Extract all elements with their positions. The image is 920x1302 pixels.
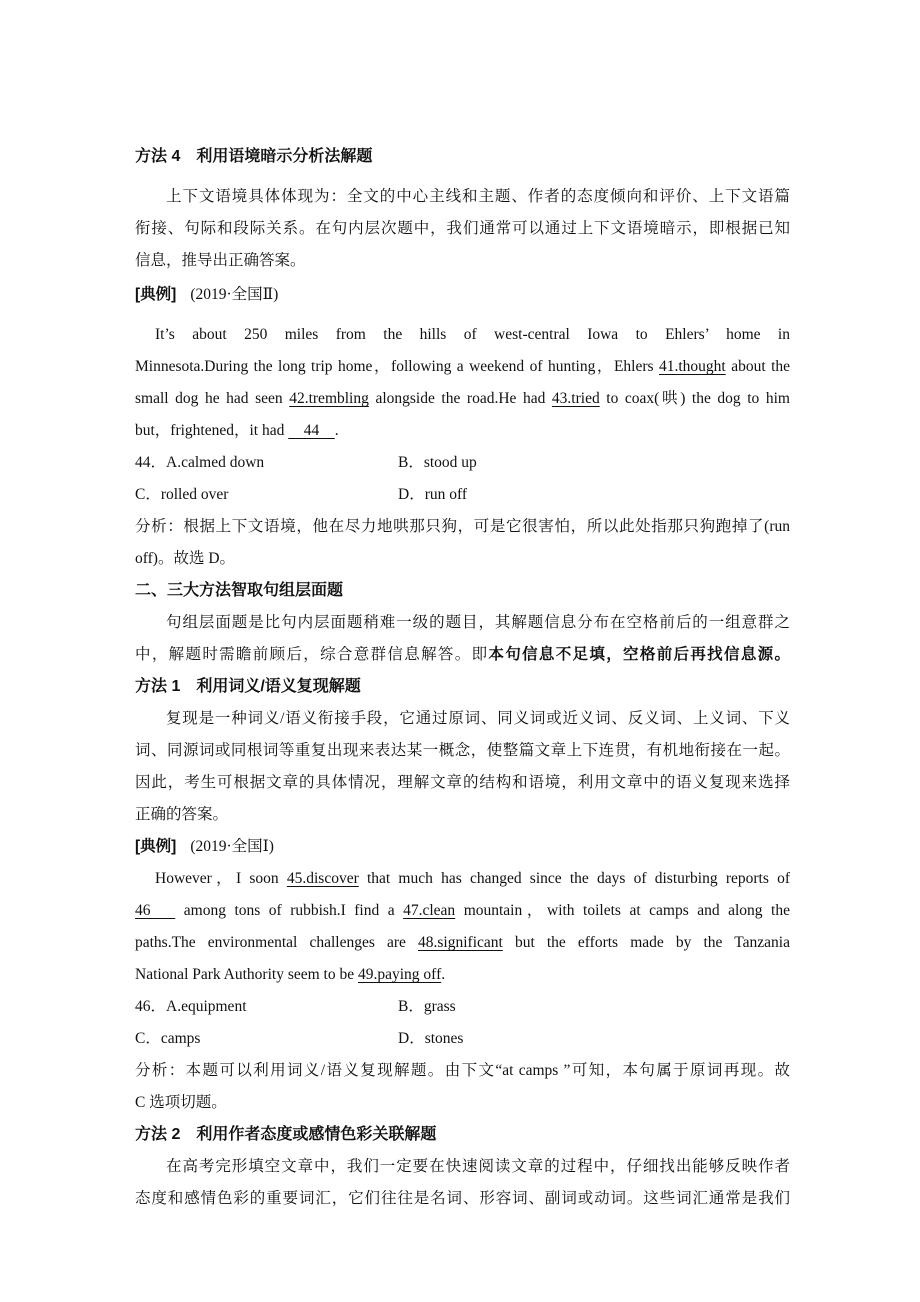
recurrence-paragraph-line: 词、同源词或同根词等重复出现来表达某一概念，使整篇文章上下连贯，有机地衔接在一起…	[135, 735, 790, 767]
text-segment: alongside the road.He had	[369, 390, 552, 407]
text-segment: It’s about 250 miles from the hills of w…	[155, 326, 790, 343]
example-label: [典例]	[135, 838, 176, 855]
text-segment: 中，解题时需瞻前顾后，综合意群信息解答。即	[135, 646, 488, 663]
context-paragraph-line: 信息，推导出正确答案。	[135, 245, 790, 277]
text-segment: to coax(哄) the dog to him	[600, 390, 790, 407]
text-segment: National Park Authority seem to be	[135, 966, 358, 983]
example-source: (2019·全国Ⅰ)	[190, 838, 274, 855]
option-44-d: D．run off	[398, 479, 790, 511]
question-46-options-row: 46．A.equipment B．grass	[135, 991, 790, 1023]
example-line-national-ii: [典例](2019·全国Ⅱ)	[135, 279, 790, 311]
text-segment: Minnesota.During the long trip home，foll…	[135, 358, 659, 375]
context-paragraph-line: 上下文语境具体体现为：全文的中心主线和主题、作者的态度倾向和评价、上下文语篇	[135, 181, 790, 213]
underlined-answer-text: 43.tried	[552, 390, 600, 407]
example-line-national-i: [典例](2019·全国Ⅰ)	[135, 831, 790, 863]
analysis-44-line: off)。故选 D。	[135, 543, 790, 575]
attitude-paragraph-line: 在高考完形填空文章中，我们一定要在快速阅读文章的过程中，仔细找出能够反映作者	[135, 1151, 790, 1183]
text-segment: 句组层面题是比句内层面题稍难一级的题目，其解题信息分布在空格前后的一组意群之	[166, 614, 790, 631]
passage-ii-line: It’s about 250 miles from the hills of w…	[135, 319, 790, 351]
text-segment: among tons of rubbish.I find a	[175, 902, 403, 919]
passage-ii-line: small dog he had seen 42.trembling along…	[135, 383, 790, 415]
option-46-c: C．camps	[135, 1023, 398, 1055]
recurrence-paragraph-line: 因此，考生可根据文章的具体情况，理解文章的结构和语境，利用文章中的语义复现来选择	[135, 767, 790, 799]
text-segment: about the	[726, 358, 790, 375]
underlined-answer-text: 42.trembling	[289, 390, 369, 407]
underlined-answer-text: 41.thought	[659, 358, 726, 375]
underlined-answer-text: 46	[135, 902, 175, 919]
option-44-c: C．rolled over	[135, 479, 398, 511]
option-46-d: D．stones	[398, 1023, 790, 1055]
passage-ii-line: Minnesota.During the long trip home，foll…	[135, 351, 790, 383]
example-label: [典例]	[135, 286, 176, 303]
analysis-46-line: 分析：本题可以利用词义/语义复现解题。由下文“at camps ”可知，本句属于…	[135, 1055, 790, 1087]
context-paragraph-line: 衔接、句际和段际关系。在句内层次题中，我们通常可以通过上下文语境暗示，即根据已知	[135, 213, 790, 245]
question-44-options-row: 44．A.calmed down B．stood up	[135, 447, 790, 479]
text-segment: but，frightened，it had	[135, 422, 288, 439]
recurrence-paragraph-line: 复现是一种词义/语义衔接手段，它通过原词、同义词或近义词、反义词、上义词、下义	[135, 703, 790, 735]
text-segment: paths.The environmental challenges are	[135, 934, 418, 951]
option-44-a: 44．A.calmed down	[135, 447, 398, 479]
text-segment: that much has changed since the days of …	[359, 870, 790, 887]
document-page: 方法 4 利用语境暗示分析法解题 上下文语境具体体现为：全文的中心主线和主题、作…	[0, 0, 920, 1302]
analysis-44-line: 分析：根据上下文语境，他在尽力地哄那只狗，可是它很害怕，所以此处指那只狗跑掉了(…	[135, 511, 790, 543]
group-paragraph-line: 句组层面题是比句内层面题稍难一级的题目，其解题信息分布在空格前后的一组意群之	[135, 607, 790, 639]
passage-ii-line: but，frightened，it had 44 .	[135, 415, 790, 447]
text-segment: .	[441, 966, 445, 983]
passage-i-line: paths.The environmental challenges are 4…	[135, 927, 790, 959]
heading-method-2: 方法 2 利用作者态度或感情色彩关联解题	[135, 1119, 790, 1151]
group-paragraph-line: 中，解题时需瞻前顾后，综合意群信息解答。即本句信息不足填，空格前后再找信息源。	[135, 639, 790, 671]
option-46-a: 46．A.equipment	[135, 991, 398, 1023]
heading-method-4: 方法 4 利用语境暗示分析法解题	[135, 141, 790, 173]
text-segment: but the efforts made by the Tanzania	[503, 934, 790, 951]
text-segment: However，I soon	[155, 870, 287, 887]
analysis-46-line: C 选项切题。	[135, 1087, 790, 1119]
attitude-paragraph-line: 态度和感情色彩的重要词汇，它们往往是名词、形容词、副词或动词。这些词汇通常是我们	[135, 1183, 790, 1215]
document-content: 方法 4 利用语境暗示分析法解题 上下文语境具体体现为：全文的中心主线和主题、作…	[135, 141, 790, 1215]
heading-method-1: 方法 1 利用词义/语义复现解题	[135, 671, 790, 703]
option-44-b: B．stood up	[398, 447, 790, 479]
passage-i-line: National Park Authority seem to be 49.pa…	[135, 959, 790, 991]
question-46-options-row: C．camps D．stones	[135, 1023, 790, 1055]
recurrence-paragraph-line: 正确的答案。	[135, 799, 790, 831]
bold-emphasis-text: 本句信息不足填，空格前后再找信息源。	[488, 646, 790, 663]
underlined-answer-text: 49.paying off	[358, 966, 441, 983]
passage-i-line: 46 among tons of rubbish.I find a 47.cle…	[135, 895, 790, 927]
text-segment: small dog he had seen	[135, 390, 289, 407]
text-segment: mountain，with toilets at camps and along…	[455, 902, 790, 919]
underlined-answer-text: 44	[288, 422, 335, 439]
underlined-answer-text: 48.significant	[418, 934, 503, 951]
heading-section-2: 二、三大方法智取句组层面题	[135, 575, 790, 607]
underlined-answer-text: 45.discover	[287, 870, 359, 887]
underlined-answer-text: 47.clean	[403, 902, 455, 919]
example-source: (2019·全国Ⅱ)	[190, 286, 278, 303]
option-46-b: B．grass	[398, 991, 790, 1023]
question-44-options-row: C．rolled over D．run off	[135, 479, 790, 511]
passage-i-line: However，I soon 45.discover that much has…	[135, 863, 790, 895]
text-segment: .	[335, 422, 339, 439]
